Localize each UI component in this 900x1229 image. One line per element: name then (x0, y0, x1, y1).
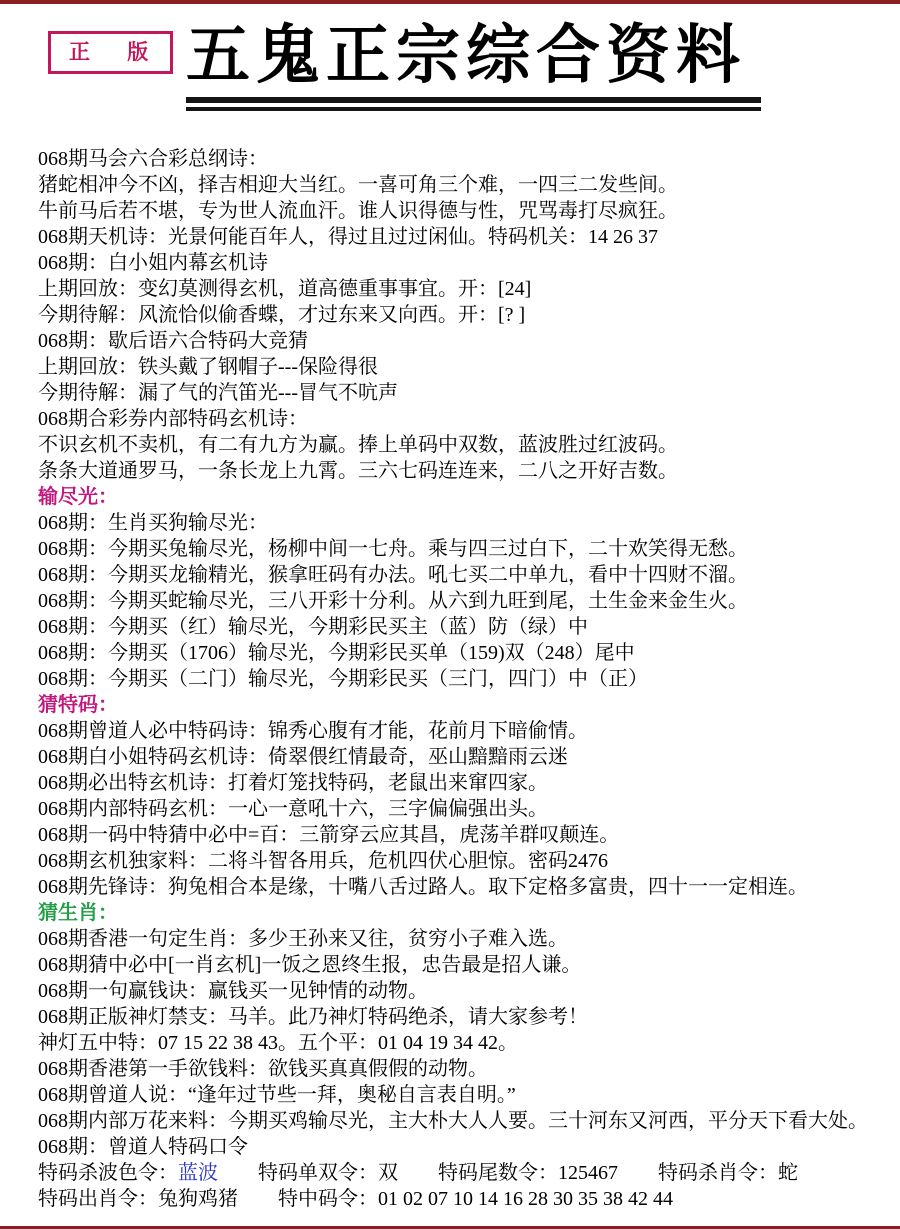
content-line: 068期香港一句定生肖：多少王孙来又往，贫穷小子难入选。 (38, 926, 888, 952)
content-line: 068期白小姐特码玄机诗：倚翠偎红情最奇，巫山黯黯雨云迷 (38, 744, 888, 770)
text-segment: 068期先锋诗：狗兔相合本是缘，十嘴八舌过路人。取下定格多富贵，四十一一定相连。 (38, 876, 808, 898)
title-underline-thin (186, 107, 761, 111)
content-line: 上期回放：变幻莫测得玄机，道高德重事事宜。开：[24] (38, 276, 888, 302)
content-line: 猜特码： (38, 692, 888, 718)
highlighted-text-segment: 输尽光： (38, 486, 118, 508)
highlighted-text-segment: 蓝波 (178, 1162, 218, 1184)
text-segment: 特码杀波色令： (38, 1162, 178, 1184)
text-segment: 068期：生肖买狗输尽光： (38, 512, 268, 534)
content-line: 特码出肖令：兔狗鸡猪 特中码令：01 02 07 10 14 16 28 30 … (38, 1186, 888, 1212)
text-segment: 068期内部万花来料：今期买鸡输尽光，主大朴大人人要。三十河东又河西，平分天下看… (38, 1110, 868, 1132)
text-segment: 068期天机诗：光景何能百年人，得过且过过闲仙。特码机关：14 26 37 (38, 226, 658, 248)
text-segment: 068期必出特玄机诗：打着灯笼找特码，老鼠出来窜四家。 (38, 772, 548, 794)
text-segment: 特码出肖令：兔狗鸡猪 特中码令：01 02 07 10 14 16 28 30 … (38, 1188, 673, 1210)
text-segment: 068期马会六合彩总纲诗： (38, 148, 268, 170)
content-line: 068期一码中特猜中必中=百：三箭穿云应其昌，虎荡羊群叹颠连。 (38, 822, 888, 848)
content-line: 068期猜中必中[一肖玄机]一饭之恩终生报，忠告最是招人谦。 (38, 952, 888, 978)
text-segment: 068期：今期买龙输精光，猴拿旺码有办法。吼七买二中单九，看中十四财不溜。 (38, 564, 748, 586)
text-segment: 上期回放：变幻莫测得玄机，道高德重事事宜。开：[24] (38, 278, 531, 300)
content-line: 068期先锋诗：狗兔相合本是缘，十嘴八舌过路人。取下定格多富贵，四十一一定相连。 (38, 874, 888, 900)
content-line: 068期内部特码玄机：一心一意吼十六，三字偏偏强出头。 (38, 796, 888, 822)
content-line: 068期马会六合彩总纲诗： (38, 146, 888, 172)
content-line: 上期回放：铁头戴了钢帽子---保险得很 (38, 354, 888, 380)
content-line: 今期待解：风流恰似偷香蝶，才过东来又向西。开：[? ] (38, 302, 888, 328)
content-line: 068期：今期买（二门）输尽光，今期彩民买（三门，四门）中（正） (38, 666, 888, 692)
content-line: 068期必出特玄机诗：打着灯笼找特码，老鼠出来窜四家。 (38, 770, 888, 796)
content-line: 条条大道通罗马，一条长龙上九霄。三六七码连连来，二八之开好吉数。 (38, 458, 888, 484)
text-segment: 条条大道通罗马，一条长龙上九霄。三六七码连连来，二八之开好吉数。 (38, 460, 678, 482)
content-line: 068期内部万花来料：今期买鸡输尽光，主大朴大人人要。三十河东又河西，平分天下看… (38, 1108, 888, 1134)
text-segment: 068期香港第一手欲钱料：欲钱买真真假假的动物。 (38, 1058, 488, 1080)
content-line: 神灯五中特：07 15 22 38 43。五个平：01 04 19 34 42。 (38, 1030, 888, 1056)
text-segment: 068期：今期买（二门）输尽光，今期彩民买（三门，四门）中（正） (38, 668, 648, 690)
text-segment: 068期：今期买兔输尽光，杨柳中间一七舟。乘与四三过白下，二十欢笑得无愁。 (38, 538, 748, 560)
text-segment: 068期玄机独家料：二将斗智各用兵，危机四伏心胆惊。密码2476 (38, 850, 608, 872)
content-line: 068期玄机独家料：二将斗智各用兵，危机四伏心胆惊。密码2476 (38, 848, 888, 874)
content-line: 今期待解：漏了气的汽笛光---冒气不吭声 (38, 380, 888, 406)
content-line: 068期：今期买龙输精光，猴拿旺码有办法。吼七买二中单九，看中十四财不溜。 (38, 562, 888, 588)
content-line: 猜生肖： (38, 900, 888, 926)
content-line: 牛前马后若不堪，专为世人流血汗。谁人识得德与性，咒骂毒打尽疯狂。 (38, 198, 888, 224)
text-segment: 不识玄机不卖机，有二有九方为赢。捧上单码中双数，蓝波胜过红波码。 (38, 434, 678, 456)
text-segment: 神灯五中特：07 15 22 38 43。五个平：01 04 19 34 42。 (38, 1032, 518, 1054)
text-segment: 068期曾道人说：“逢年过节些一拜，奥秘自言表自明。” (38, 1084, 516, 1106)
text-segment: 特码单双令：双 特码尾数令：125467 特码杀肖令：蛇 (218, 1162, 798, 1184)
text-segment: 068期：白小姐内幕玄机诗 (38, 252, 268, 274)
content-line: 特码杀波色令：蓝波 特码单双令：双 特码尾数令：125467 特码杀肖令：蛇 (38, 1160, 888, 1186)
top-border-rule (0, 0, 900, 4)
text-segment: 068期：歇后语六合特码大竞猜 (38, 330, 308, 352)
content-lines: 068期马会六合彩总纲诗：猪蛇相冲今不凶，择吉相迎大当红。一喜可角三个难，一四三… (38, 146, 888, 1212)
genuine-badge: 正 版 (48, 31, 173, 74)
text-segment: 068期：曾道人特码口令 (38, 1136, 248, 1158)
title-underline-thick (186, 97, 761, 103)
content-line: 068期：今期买兔输尽光，杨柳中间一七舟。乘与四三过白下，二十欢笑得无愁。 (38, 536, 888, 562)
text-segment: 068期：今期买（1706）输尽光，今期彩民买单（159)双（248）尾中 (38, 642, 635, 664)
content-line: 068期：生肖买狗输尽光： (38, 510, 888, 536)
content-line: 068期一句赢钱诀：赢钱买一见钟情的动物。 (38, 978, 888, 1004)
text-segment: 今期待解：风流恰似偷香蝶，才过东来又向西。开：[? ] (38, 304, 525, 326)
content-line: 068期正版神灯禁支：马羊。此乃神灯特码绝杀，请大家参考！ (38, 1004, 888, 1030)
page-title: 五鬼正宗综合资料 (186, 14, 761, 97)
content-line: 068期曾道人必中特码诗：锦秀心腹有才能，花前月下暗偷情。 (38, 718, 888, 744)
text-segment: 猪蛇相冲今不凶，择吉相迎大当红。一喜可角三个难，一四三二发些间。 (38, 174, 678, 196)
content-line: 068期：歇后语六合特码大竞猜 (38, 328, 888, 354)
content-line: 068期曾道人说：“逢年过节些一拜，奥秘自言表自明。” (38, 1082, 888, 1108)
content-line: 068期合彩券内部特码玄机诗： (38, 406, 888, 432)
content-line: 输尽光： (38, 484, 888, 510)
content-line: 068期：曾道人特码口令 (38, 1134, 888, 1160)
text-segment: 068期白小姐特码玄机诗：倚翠偎红情最奇，巫山黯黯雨云迷 (38, 746, 568, 768)
content-line: 不识玄机不卖机，有二有九方为赢。捧上单码中双数，蓝波胜过红波码。 (38, 432, 888, 458)
content-line: 068期天机诗：光景何能百年人，得过且过过闲仙。特码机关：14 26 37 (38, 224, 888, 250)
content-line: 068期：白小姐内幕玄机诗 (38, 250, 888, 276)
text-segment: 068期：今期买（红）输尽光，今期彩民买主（蓝）防（绿）中 (38, 616, 588, 638)
highlighted-text-segment: 猜生肖： (38, 902, 118, 924)
text-segment: 068期猜中必中[一肖玄机]一饭之恩终生报，忠告最是招人谦。 (38, 954, 581, 976)
text-segment: 068期一句赢钱诀：赢钱买一见钟情的动物。 (38, 980, 428, 1002)
text-segment: 068期一码中特猜中必中=百：三箭穿云应其昌，虎荡羊群叹颠连。 (38, 824, 619, 846)
content-line: 猪蛇相冲今不凶，择吉相迎大当红。一喜可角三个难，一四三二发些间。 (38, 172, 888, 198)
text-segment: 068期正版神灯禁支：马羊。此乃神灯特码绝杀，请大家参考！ (38, 1006, 588, 1028)
page-header: 五鬼正宗综合资料 (186, 14, 761, 111)
text-segment: 068期：今期买蛇输尽光，三八开彩十分利。从六到九旺到尾，土生金来金生火。 (38, 590, 748, 612)
content-line: 068期：今期买蛇输尽光，三八开彩十分利。从六到九旺到尾，土生金来金生火。 (38, 588, 888, 614)
text-segment: 牛前马后若不堪，专为世人流血汗。谁人识得德与性，咒骂毒打尽疯狂。 (38, 200, 678, 222)
text-segment: 068期香港一句定生肖：多少王孙来又往，贫穷小子难入选。 (38, 928, 568, 950)
content-line: 068期香港第一手欲钱料：欲钱买真真假假的动物。 (38, 1056, 888, 1082)
content-line: 068期：今期买（1706）输尽光，今期彩民买单（159)双（248）尾中 (38, 640, 888, 666)
highlighted-text-segment: 猜特码： (38, 694, 118, 716)
text-segment: 上期回放：铁头戴了钢帽子---保险得很 (38, 356, 378, 378)
text-segment: 068期曾道人必中特码诗：锦秀心腹有才能，花前月下暗偷情。 (38, 720, 588, 742)
text-segment: 今期待解：漏了气的汽笛光---冒气不吭声 (38, 382, 398, 404)
content-line: 068期：今期买（红）输尽光，今期彩民买主（蓝）防（绿）中 (38, 614, 888, 640)
text-segment: 068期合彩券内部特码玄机诗： (38, 408, 308, 430)
text-segment: 068期内部特码玄机：一心一意吼十六，三字偏偏强出头。 (38, 798, 548, 820)
